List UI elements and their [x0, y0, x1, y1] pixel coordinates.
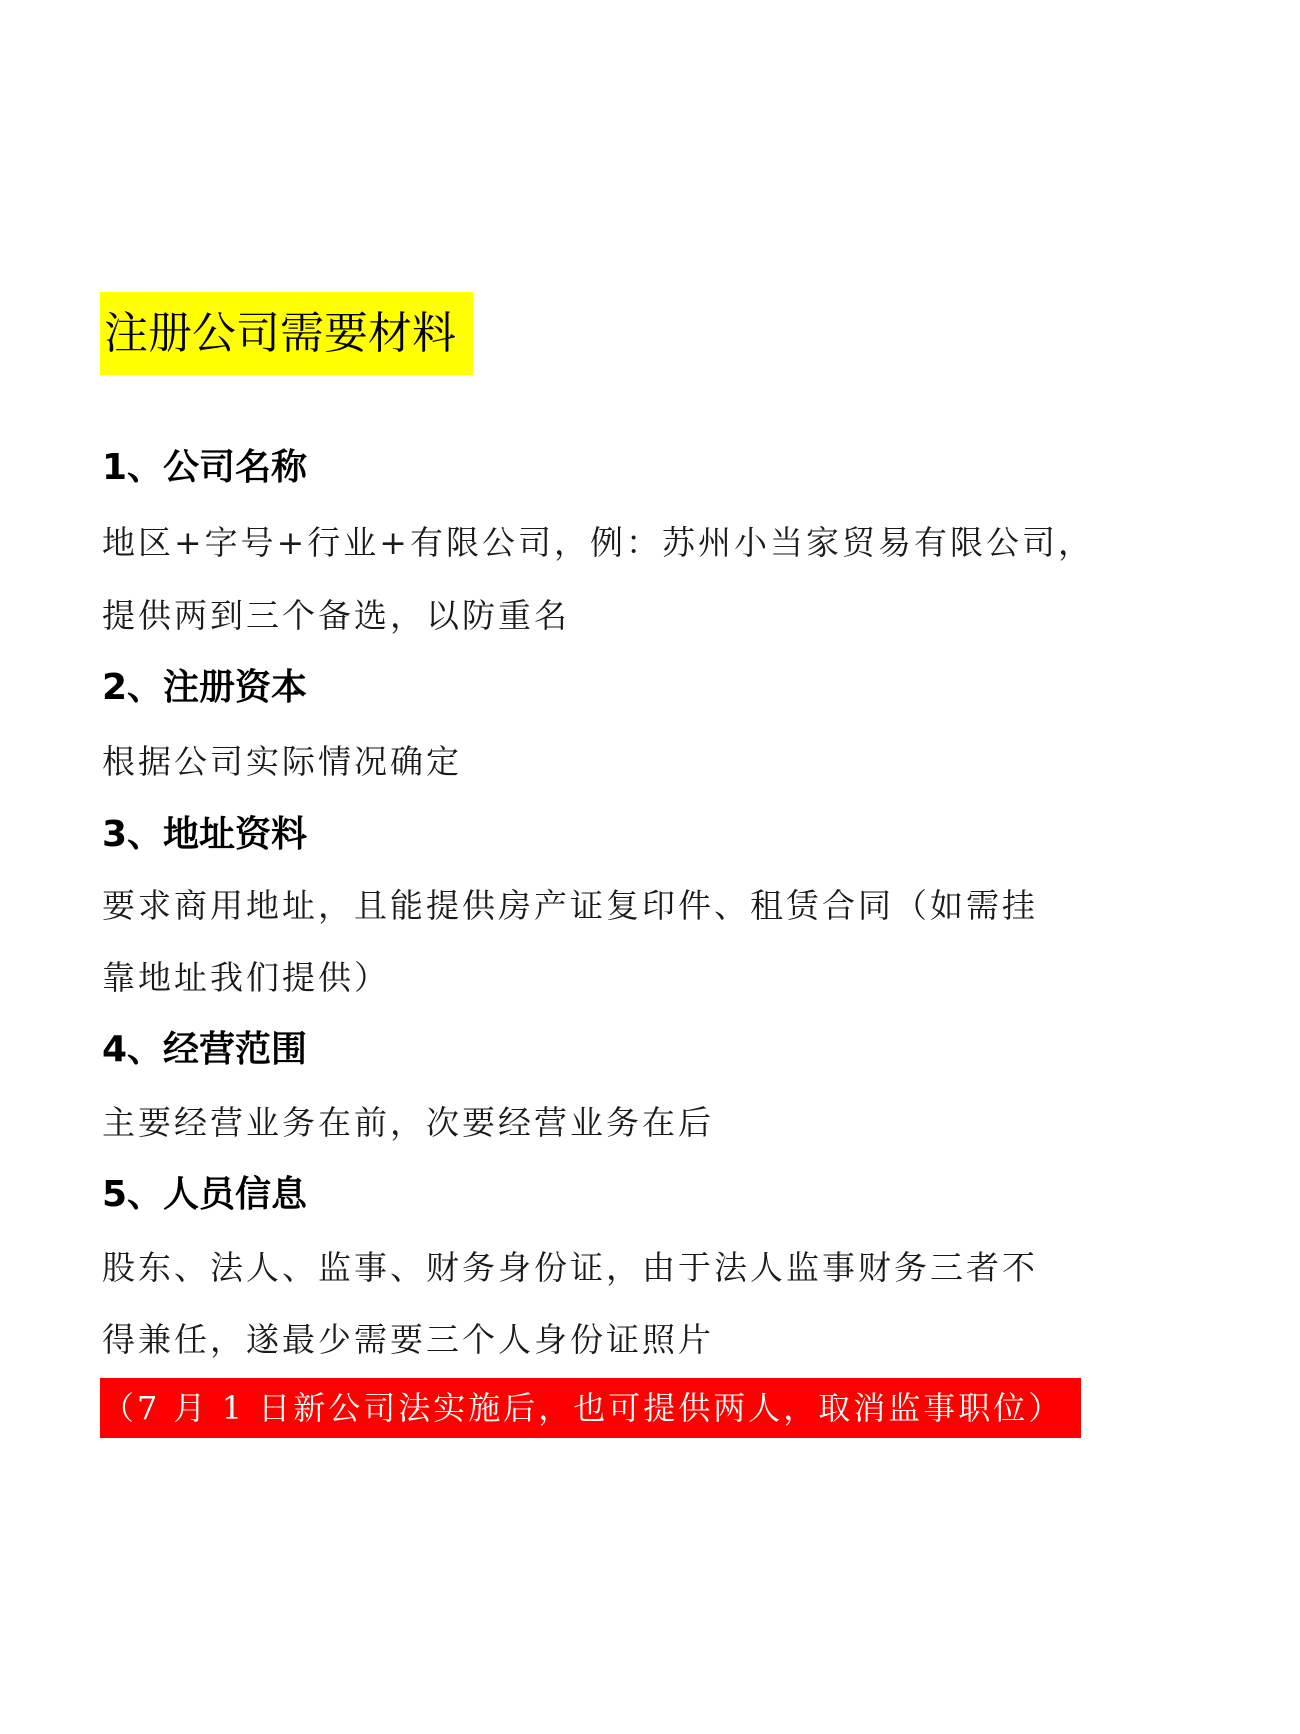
page-title: 注册公司需要材料 — [104, 312, 456, 356]
section-body-line: 股东、法人、监事、财务身份证，由于法人监事财务三者不 — [102, 1251, 1038, 1284]
notice-text: （7 月 1 日新公司法实施后，也可提供两人，取消监事职位） — [102, 1392, 1063, 1424]
section-heading-company-name: 1、公司名称 — [102, 450, 307, 486]
section-body-line: 靠地址我们提供） — [102, 961, 390, 994]
section-heading-registered-capital: 2、注册资本 — [102, 670, 307, 706]
section-body-line: 根据公司实际情况确定 — [102, 745, 462, 778]
notice-banner: （7 月 1 日新公司法实施后，也可提供两人，取消监事职位） — [100, 1378, 1081, 1438]
section-body-line: 主要经营业务在前，次要经营业务在后 — [102, 1106, 714, 1139]
section-heading-address: 3、地址资料 — [102, 817, 307, 853]
section-body-line: 得兼任，遂最少需要三个人身份证照片 — [102, 1323, 714, 1356]
section-heading-business-scope: 4、经营范围 — [102, 1032, 307, 1068]
title-highlight-box: 注册公司需要材料 — [100, 292, 473, 375]
section-heading-personnel: 5、人员信息 — [102, 1177, 307, 1213]
section-body-line: 提供两到三个备选，以防重名 — [102, 599, 570, 632]
section-body-line: 地区+字号+行业+有限公司，例：苏州小当家贸易有限公司， — [102, 526, 1094, 559]
section-body-line: 要求商用地址，且能提供房产证复印件、租赁合同（如需挂 — [102, 889, 1038, 922]
